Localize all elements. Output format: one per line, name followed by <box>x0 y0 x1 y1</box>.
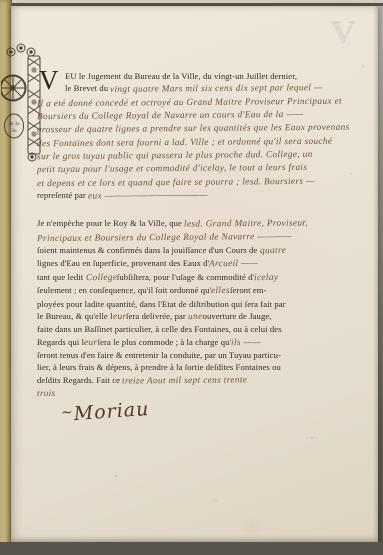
handwritten-text: et depens et ce lors et quand que faire … <box>37 176 315 191</box>
dropcap-v: V <box>39 68 59 92</box>
handwritten-text: Boursiers du College Royal de Navarre un… <box>37 109 304 124</box>
text-line: Il a eté donné concedé et octroyé au Gra… <box>37 96 369 109</box>
text-line: trois <box>37 387 369 400</box>
handwritten-text: Arcueil —— <box>209 258 258 271</box>
text-line: faite dans un Baſſinet particulier, à ce… <box>37 323 369 335</box>
printed-text: EU le Jugement du Bureau de la Ville, du… <box>65 71 297 81</box>
stamp-oval-text: 3o 3o <box>8 122 20 127</box>
printed-text: tant que ledit <box>37 272 86 282</box>
text-line: deſdits Regards. Fait ce treize Aout mil… <box>37 374 369 387</box>
printed-text: Je n'empèche pour le Roy & la Ville, que <box>37 218 184 228</box>
handwritten-text: une <box>188 311 203 323</box>
text-line: lignes d'Eau en ſuperficie, provenant de… <box>37 257 369 270</box>
printed-text: ouverture de Jauge, <box>203 311 272 321</box>
printed-text: ſeront em- <box>230 285 267 295</box>
handwritten-text: ils —— <box>231 336 261 349</box>
text-line: Regards qui leur ſera le plus commode ; … <box>37 336 369 349</box>
text-line: Boursiers du College Royal de Navarre un… <box>37 109 369 122</box>
printed-text: Regards qui l <box>37 337 84 347</box>
text-line: petit tuyau pour l'usage et commodité d'… <box>37 162 369 175</box>
text-line: et depens et ce lors et quand que faire … <box>37 176 369 189</box>
printed-text: ſeulement ; en conſequence, qu'il ſoit o… <box>37 285 211 295</box>
handwritten-text: trois <box>37 388 56 401</box>
handwritten-text: vingt quatre Mars mil six cens dix sept … <box>110 82 323 96</box>
text-line: EU le Jugement du Bureau de la Ville, du… <box>37 70 369 82</box>
text-line: le Bureau, & qu'elle leur ſera delivrée,… <box>37 310 369 323</box>
handwritten-text: treize Aout mil sept cens trente <box>122 374 247 387</box>
text-line: ployées pour ladite quantité, dans l'Eta… <box>37 298 369 310</box>
printed-text: lier, à leurs frais & dépens, à prendre … <box>37 362 281 372</box>
document-text: V EU le Jugement du Bureau de la Ville, … <box>37 70 369 423</box>
text-line: repreſenté par eux ———————————— <box>37 189 369 202</box>
handwritten-text: College <box>85 272 116 285</box>
printed-text: repreſenté par <box>37 190 88 200</box>
stamp-oval-text2: 3o <box>12 129 18 134</box>
printed-text: ſera delivrée, par <box>126 311 188 321</box>
signature-name: Moriau <box>73 398 150 425</box>
handwritten-text: Principaux et Boursiers du College Royal… <box>37 231 292 246</box>
handwritten-text: grosseur de quatre lignes a prendre sur … <box>37 122 350 137</box>
printed-text: faite dans un Baſſinet particulier, à ce… <box>37 324 282 334</box>
text-line: tant que ledit College ſubſiſtera, pour … <box>37 271 369 284</box>
handwritten-text: eur <box>113 311 127 323</box>
handwritten-text: eux ———————————— <box>88 190 208 203</box>
handwritten-text: lesd. Grand Maitre, Proviseur, <box>184 218 308 231</box>
printed-text: lignes d'Eau en ſuperficie, provenant de… <box>37 258 209 268</box>
printed-text: ſeront tenus d'en faire & entretenir la … <box>37 350 281 360</box>
text-line: sur le gros tuyau public qui passera le … <box>37 149 369 162</box>
text-line: lier, à leurs frais & dépens, à prendre … <box>37 361 369 373</box>
watermark-v-icon: V <box>330 14 356 52</box>
text-line: Je n'empèche pour le Roy & la Ville, que… <box>37 217 369 230</box>
text-line: le Brevet du vingt quatre Mars mil six c… <box>37 82 369 95</box>
backdrop-bottom <box>0 542 383 555</box>
text-line: des Fontaines dont sera fourni a lad. Vi… <box>37 136 369 149</box>
printed-text: le Bureau, & qu'elle l <box>37 311 113 321</box>
handwritten-text: petit tuyau pour l'usage et commodité d'… <box>37 162 307 177</box>
text-line: Principaux et Boursiers du College Royal… <box>37 231 369 244</box>
handwritten-text: eur <box>84 336 98 348</box>
printed-text: ployées pour ladite quantité, dans l'Eta… <box>37 299 286 309</box>
printed-text: ſera le plus commode ; à la charge qu' <box>98 337 232 347</box>
text-line: ſeront tenus d'en faire & entretenir la … <box>37 349 369 361</box>
printed-text: le Brevet du <box>65 83 110 93</box>
printed-text: deſdits Regards. Fait ce <box>37 375 122 385</box>
document-page: V 3o 3o 3o <box>11 6 378 542</box>
printed-text: ſubſiſtera, pour l'uſage & commodité d' <box>117 272 254 282</box>
text-line: grosseur de quatre lignes a prendre sur … <box>37 122 369 135</box>
text-lines: EU le Jugement du Bureau de la Ville, du… <box>37 70 369 400</box>
text-line: ſoient maintenus & confirmés dans la jou… <box>37 244 369 257</box>
signature-flourish: ~ <box>60 404 74 421</box>
signature-moriau: ~Moriau <box>60 398 150 426</box>
handwritten-text: elles <box>211 285 230 298</box>
printed-text: ſoient maintenus & confirmés dans la jou… <box>37 245 260 255</box>
handwritten-text: quatre <box>259 245 285 258</box>
text-line: ſeulement ; en conſequence, qu'il ſoit o… <box>37 284 369 297</box>
handwritten-text: icelay <box>254 272 278 285</box>
